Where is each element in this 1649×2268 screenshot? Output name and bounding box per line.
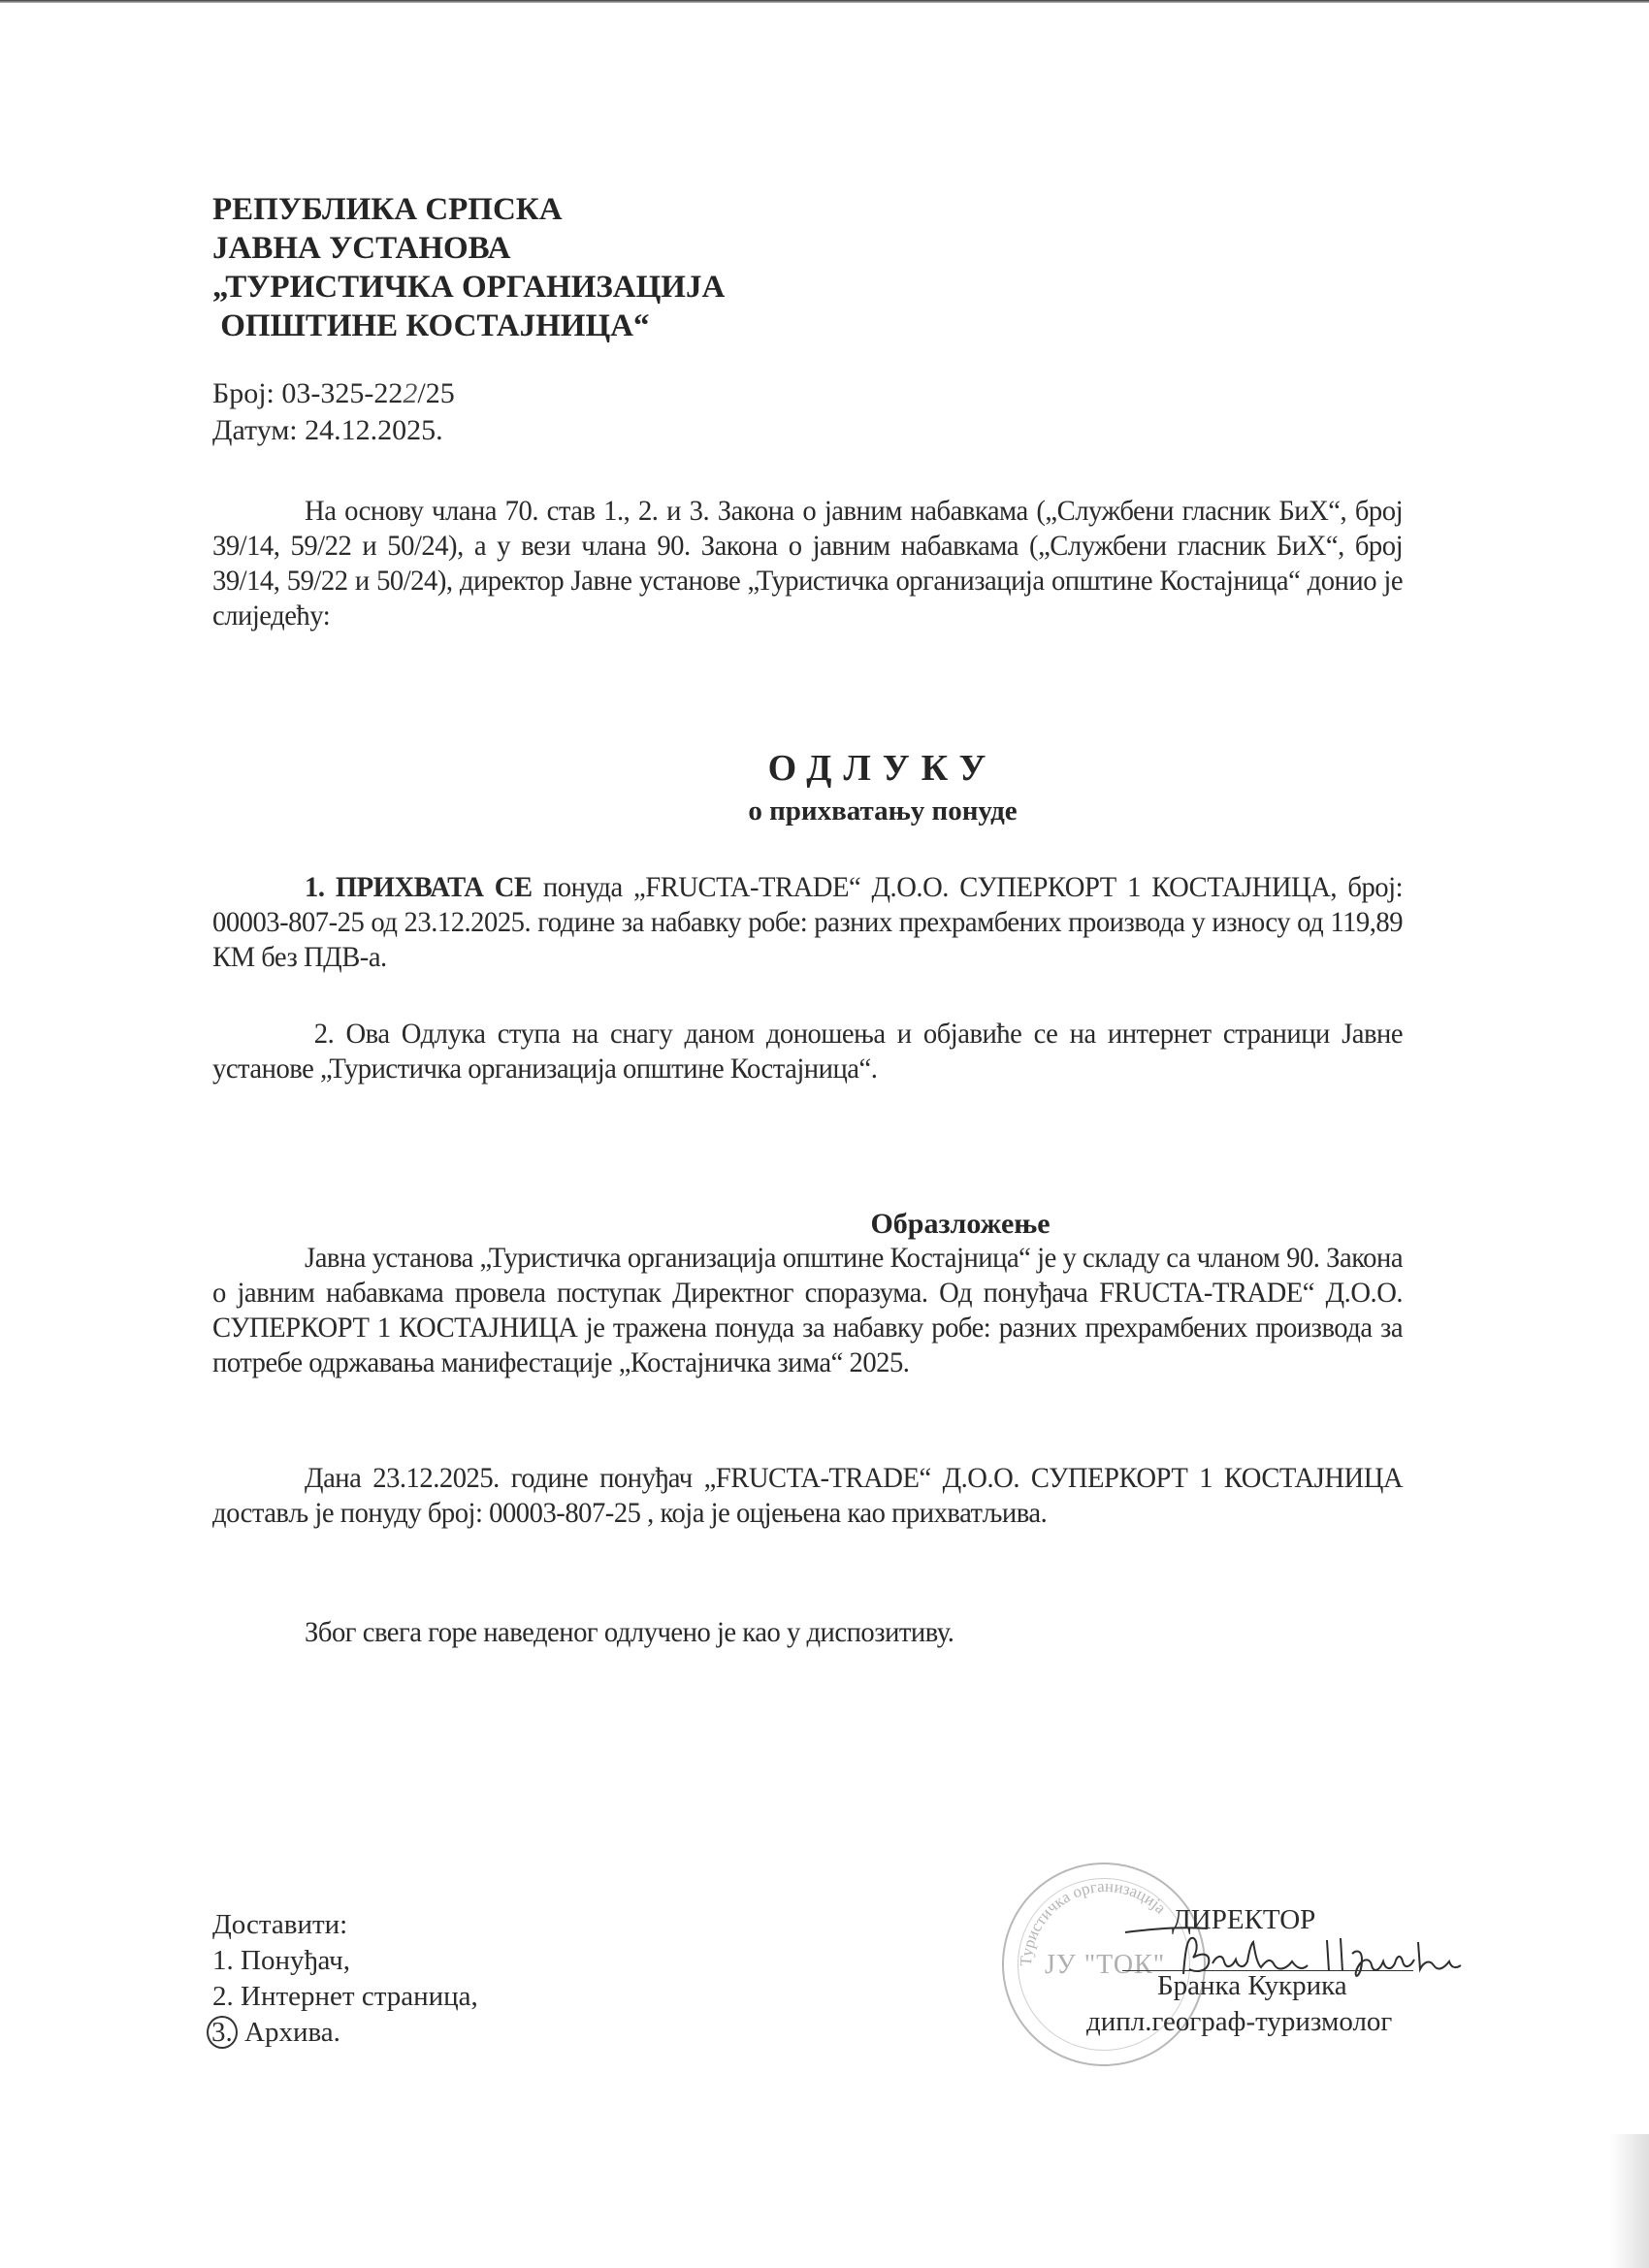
- explanation-paragraph-2: Дана 23.12.2025. године понуђач „FRUCTA-…: [212, 1461, 1403, 1531]
- decision-item-1: 1. ПРИХВАТА СЕ понуда „FRUCTA-TRADE“ Д.О…: [212, 870, 1403, 975]
- decision-item-2: 2. Ова Одлука ступа на снагу даном донош…: [212, 1017, 1403, 1086]
- explanation-paragraph-1: Јавна установа „Туристичка организација …: [212, 1241, 1403, 1380]
- number-value-suffix: /25: [417, 377, 454, 409]
- delivery-list: Доставити: 1. Понуђач, 2. Интернет стран…: [212, 1907, 478, 2051]
- delivery-item: 3. Архива.: [212, 2015, 478, 2051]
- document-number: Број: 03-325-222/25: [212, 375, 455, 412]
- header-line: РЕПУБЛИКА СРПСКА: [212, 190, 725, 229]
- signatory-role: дипл.географ-туризмолог: [1086, 2006, 1392, 2038]
- handwritten-digit: 2: [403, 377, 417, 409]
- signature-block: Туристичка организација ЈУ "ТОК" ДИРЕКТО…: [1057, 1906, 1465, 2100]
- delivery-item-number: 1.: [212, 1945, 234, 1976]
- decision-title: ОДЛУКУ: [0, 747, 1649, 790]
- institution-header: РЕПУБЛИКА СРПСКА ЈАВНА УСТАНОВА „ТУРИСТИ…: [212, 190, 725, 345]
- delivery-item-number: 2.: [212, 1981, 234, 2012]
- header-line: ЈАВНА УСТАНОВА: [212, 229, 725, 268]
- header-line: ОПШТИНЕ КОСТАЈНИЦА“: [212, 307, 725, 345]
- delivery-item: 1. Понуђач,: [212, 1943, 478, 1979]
- circled-item-number: 3.: [207, 2016, 238, 2049]
- signatory-name: Бранка Кукрика: [1157, 1970, 1347, 2002]
- date-value: 24.12.2025.: [305, 414, 443, 446]
- delivery-item-text: Понуђач,: [241, 1945, 350, 1976]
- scan-edge-shadow: [1610, 2134, 1649, 2268]
- document-meta: Број: 03-325-222/25 Датум: 24.12.2025.: [212, 375, 455, 449]
- number-value-prefix: 03-325-22: [281, 377, 403, 409]
- scan-top-edge: [0, 0, 1649, 3]
- delivery-item: 2. Интернет страница,: [212, 1979, 478, 2015]
- conclusion-paragraph: Због свега горе наведеног одлучено је ка…: [212, 1615, 1403, 1650]
- item-1-lead: 1. ПРИХВАТА СЕ: [305, 872, 533, 903]
- date-label: Датум:: [212, 414, 298, 446]
- legal-basis-paragraph: На основу члана 70. став 1., 2. и 3. Зак…: [212, 494, 1403, 633]
- document-date: Датум: 24.12.2025.: [212, 412, 455, 449]
- decision-subtitle: о прихватању понуде: [0, 795, 1649, 827]
- delivery-label: Доставити:: [212, 1907, 478, 1943]
- delivery-item-text: Интернет страница,: [241, 1981, 478, 2012]
- header-line: „ТУРИСТИЧКА ОРГАНИЗАЦИЈА: [212, 268, 725, 307]
- explanation-heading: Образложење: [0, 1208, 1649, 1241]
- number-label: Број:: [212, 377, 275, 409]
- delivery-item-text: Архива.: [244, 2017, 340, 2048]
